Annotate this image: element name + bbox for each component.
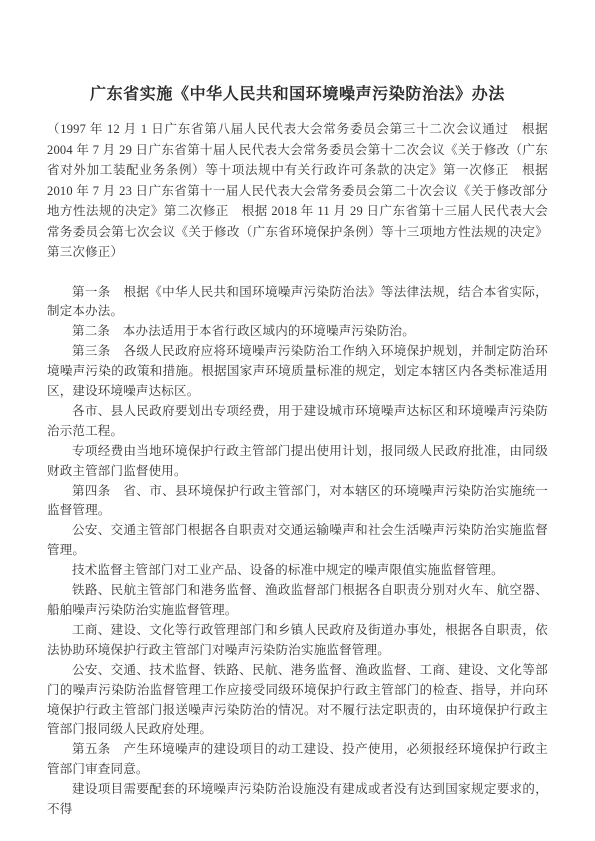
paragraph-article-3: 第三条 各级人民政府应将环境噪声污染防治工作纳入环境保护规划，并制定防治环境噪声… [47, 342, 548, 402]
paragraph-article-3-cont-2: 专项经费由当地环境保护行政主管部门提出使用计划，报同级人民政府批准，由同级财政主… [47, 442, 548, 482]
paragraph-article-5-cont-1: 建设项目需要配套的环境噪声污染防治设施没有建成或者没有达到国家规定要求的，不得 [47, 780, 548, 820]
preamble-paragraph: （1997 年 12 月 1 日广东省第八届人民代表大会常务委员会第三十二次会议… [47, 119, 548, 263]
articles-body: 第一条 根据《中华人民共和国环境噪声污染防治法》等法律法规，结合本省实际，制定本… [47, 283, 548, 820]
paragraph-article-4-cont-2: 技术监督主管部门对工业产品、设备的标准中规定的噪声限值实施监督管理。 [47, 561, 548, 581]
paragraph-article-4-cont-1: 公安、交通主管部门根据各自职责对交通运输噪声和社会生活噪声污染防治实施监督管理。 [47, 521, 548, 561]
document-title: 广东省实施《中华人民共和国环境噪声污染防治法》办法 [47, 84, 548, 106]
paragraph-article-4-cont-5: 公安、交通、技术监督、铁路、民航、港务监督、渔政监督、工商、建设、文化等部门的噪… [47, 661, 548, 741]
paragraph-article-4-cont-4: 工商、建设、文化等行政管理部门和乡镇人民政府及街道办事处，根据各自职责，依法协助… [47, 621, 548, 661]
paragraph-article-5: 第五条 产生环境噪声的建设项目的动工建设、投产使用，必须报经环境保护行政主管部门… [47, 740, 548, 780]
paragraph-article-4-cont-3: 铁路、民航主管部门和港务监督、渔政监督部门根据各自职责分别对火车、航空器、船舶噪… [47, 581, 548, 621]
document-page: 广东省实施《中华人民共和国环境噪声污染防治法》办法 （1997 年 12 月 1… [0, 0, 595, 841]
paragraph-article-1: 第一条 根据《中华人民共和国环境噪声污染防治法》等法律法规，结合本省实际，制定本… [47, 283, 548, 323]
paragraph-article-4: 第四条 省、市、县环境保护行政主管部门，对本辖区的环境噪声污染防治实施统一监督管… [47, 482, 548, 522]
paragraph-article-3-cont-1: 各市、县人民政府要划出专项经费，用于建设城市环境噪声达标区和环境噪声污染防治示范… [47, 402, 548, 442]
paragraph-article-2: 第二条 本办法适用于本省行政区域内的环境噪声污染防治。 [47, 322, 548, 342]
